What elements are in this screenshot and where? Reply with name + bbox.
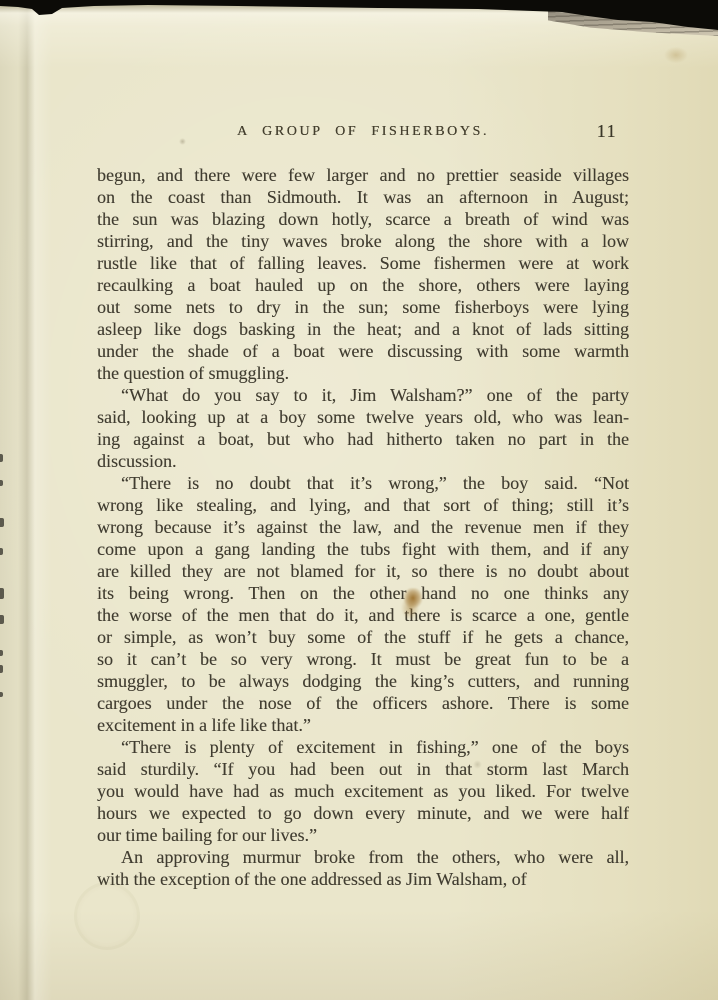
- text-line: cargoes under the nose of the officers a…: [97, 692, 629, 714]
- text-line: hours we expected to go down every minut…: [97, 802, 629, 824]
- text-line: on the coast than Sidmouth. It was an af…: [97, 186, 629, 208]
- text-line: An approving murmur broke from the other…: [97, 846, 629, 868]
- running-header: A GROUP OF FISHERBOYS. 11: [97, 124, 629, 142]
- scan-artifact: [0, 548, 3, 555]
- text-line: stirring, and the tiny waves broke along…: [97, 230, 629, 252]
- text-line: “What do you say to it, Jim Walsham?” on…: [97, 384, 629, 406]
- paper-freckle: [473, 760, 482, 769]
- text-line: the worse of the men that do it, and the…: [97, 604, 629, 626]
- text-line: come upon a gang landing the tubs fight …: [97, 538, 629, 560]
- text-line: or simple, as won’t buy some of the stuf…: [97, 626, 629, 648]
- text-line: wrong because it’s against the law, and …: [97, 516, 629, 538]
- text-line: its being wrong. Then on the other hand …: [97, 582, 629, 604]
- text-line: asleep like dogs basking in the heat; an…: [97, 318, 629, 340]
- paper-impression-ring: [74, 882, 140, 950]
- text-line: ing against a boat, but who had hitherto…: [97, 428, 629, 450]
- text-line: you would have had as much excitement as…: [97, 780, 629, 802]
- text-line: under the shade of a boat were discussin…: [97, 340, 629, 362]
- text-line: the question of smuggling.: [97, 362, 629, 384]
- text-line: smuggler, to be always dodging the king’…: [97, 670, 629, 692]
- text-line: out some nets to dry in the sun; some fi…: [97, 296, 629, 318]
- faint-stain: [656, 40, 696, 70]
- paper-freckle: [179, 138, 186, 145]
- text-line: discussion.: [97, 450, 629, 472]
- scan-artifact: [0, 454, 3, 462]
- scan-artifact: [0, 615, 4, 624]
- text-line: rustle like that of falling leaves. Some…: [97, 252, 629, 274]
- running-header-title: A GROUP OF FISHERBOYS.: [97, 124, 629, 140]
- scan-artifact: [0, 518, 4, 527]
- text-line: wrong like stealing, and lying, and that…: [97, 494, 629, 516]
- scan-artifact: [0, 588, 4, 599]
- text-line: “There is plenty of excitement in fishin…: [97, 736, 629, 758]
- text-line: are killed they are not blamed for it, s…: [97, 560, 629, 582]
- scan-artifact: [0, 650, 3, 656]
- text-line: said sturdily. “If you had been out in t…: [97, 758, 629, 780]
- scan-artifact: [0, 665, 3, 673]
- text-line: with the exception of the one addressed …: [97, 868, 629, 890]
- text-line: said, looking up at a boy some twelve ye…: [97, 406, 629, 428]
- text-line: recaulking a boat hauled up on the shore…: [97, 274, 629, 296]
- text-line: “There is no doubt that it’s wrong,” the…: [97, 472, 629, 494]
- book-page-scan: A GROUP OF FISHERBOYS. 11 begun, and the…: [0, 0, 718, 1000]
- text-line: the sun was blazing down hotly, scarce a…: [97, 208, 629, 230]
- text-line: so it can’t be so very wrong. It must be…: [97, 648, 629, 670]
- scan-artifact: [0, 692, 3, 697]
- text-line: our time bailing for our lives.”: [97, 824, 629, 846]
- text-block: begun, and there were few larger and no …: [97, 164, 629, 890]
- page-number: 11: [597, 121, 617, 142]
- text-line: begun, and there were few larger and no …: [97, 164, 629, 186]
- scan-artifact: [0, 480, 3, 486]
- text-line: excitement in a life like that.”: [97, 714, 629, 736]
